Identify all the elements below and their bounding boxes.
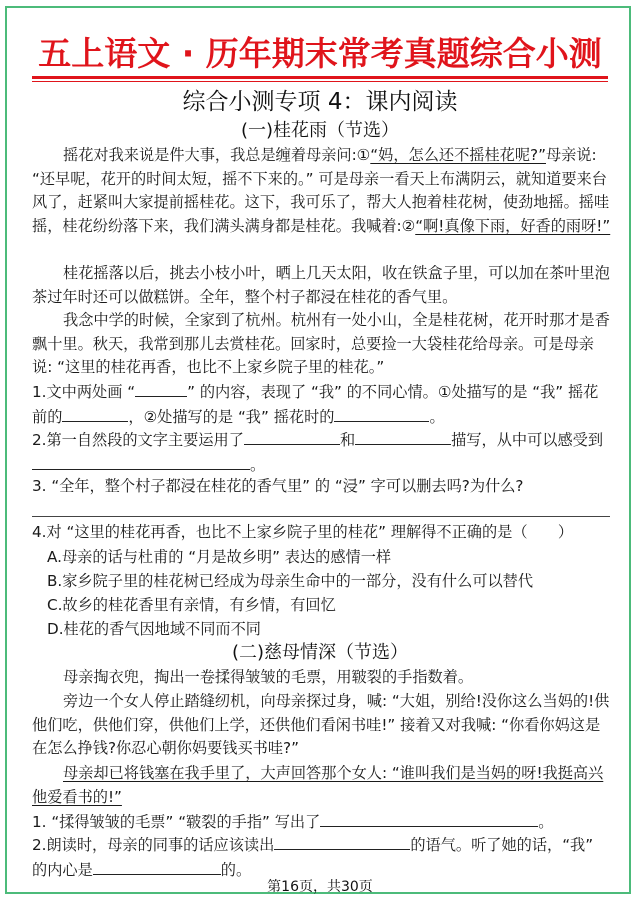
option-c[interactable]: C.故乡的桂花香里有亲情，有乡情，有回忆	[47, 593, 336, 617]
question-text: 1. “揉得皱皱的毛票” “皲裂的手指” 写出了	[32, 813, 320, 831]
question-text: 2.第一自然段的文字主要运用了	[32, 431, 244, 449]
answer-blank[interactable]	[274, 833, 410, 850]
answer-blank[interactable]	[244, 428, 340, 445]
option-a[interactable]: A.母亲的话与杜甫的 “月是故乡明” 表达的感情一样	[47, 545, 391, 569]
title-underline-thin	[32, 81, 608, 82]
answer-blank[interactable]	[32, 453, 250, 470]
question-text: 描写，从中可以感受到	[451, 431, 603, 449]
answer-blank[interactable]	[93, 858, 221, 875]
answer-blank[interactable]	[62, 405, 128, 422]
question-text: 。	[538, 813, 553, 831]
underlined-quote-3: 母亲却已将钱塞在我手里了，大声回答那个女人: “谁叫我们是当妈的呀!我挺高兴他爱…	[32, 764, 603, 806]
section1-title: (一)桂花雨（节选）	[0, 119, 640, 143]
question-4: 4.对 “这里的桂花再香，也比不上家乡院子里的桂花” 理解得不正确的是（ ）	[32, 521, 612, 545]
answer-blank[interactable]	[334, 405, 429, 422]
paragraph-text: 摇花对我来说是件大事，我总是缠着母亲问:①	[63, 146, 370, 164]
option-d[interactable]: D.桂花的香气因地域不同而不同	[47, 617, 261, 641]
answer-line[interactable]	[32, 516, 610, 517]
answer-blank[interactable]	[355, 428, 451, 445]
underlined-quote-2: “啊!真像下雨，好香的雨呀!”	[415, 217, 610, 235]
section1-paragraph-3: 我念中学的时候，全家到了杭州。杭州有一处小山，全是桂花树，花开时那才是香飘十里。…	[32, 309, 612, 380]
question-3: 3. “全年，整个村子都浸在桂花的香气里” 的 “浸” 字可以删去吗?为什么?	[32, 475, 612, 499]
page-title: 五上语文 · 历年期末常考真题综合小测	[30, 34, 610, 74]
answer-blank[interactable]	[135, 380, 187, 397]
question-1: 1.文中两处画 “” 的内容，表现了 “我” 的不同心情。①处描写的是 “我” …	[32, 380, 612, 429]
question-text: 。	[250, 456, 265, 474]
question-text: 2.朗读时，母亲的同事的话应该读出	[32, 836, 274, 854]
question-text: ，②处描写的是 “我” 摇花时的	[128, 408, 334, 426]
section2-paragraph-2: 旁边一个女人停止踏缝纫机，向母亲探过身，喊: “大姐，别给!没你这么当妈的!供他…	[32, 690, 612, 761]
answer-blank[interactable]	[320, 810, 538, 827]
section2-paragraph-1: 母亲掏衣兜，掏出一卷揉得皱皱的毛票，用皲裂的手指数着。	[32, 666, 612, 690]
question-text: 1.文中两处画 “	[32, 383, 135, 401]
option-b[interactable]: B.家乡院子里的桂花树已经成为母亲生命中的一部分，没有什么可以替代	[47, 569, 533, 593]
section1-paragraph-2: 桂花摇落以后，挑去小枝小叶，晒上几天太阳，收在铁盒子里，可以加在茶叶里泡茶过年时…	[32, 262, 612, 309]
section2-question-2: 2.朗读时，母亲的同事的话应该读出的语气。听了她的话，“我” 的内心是的。	[32, 833, 612, 882]
section2-paragraph-3: 母亲却已将钱塞在我手里了，大声回答那个女人: “谁叫我们是当妈的呀!我挺高兴他爱…	[32, 762, 612, 809]
title-underline	[32, 76, 608, 79]
question-2: 2.第一自然段的文字主要运用了和描写，从中可以感受到。	[32, 428, 612, 477]
page-subtitle: 综合小测专项 4：课内阅读	[0, 86, 640, 118]
underlined-quote-1: “妈，怎么还不摇桂花呢?”	[370, 146, 546, 164]
section2-title: (二)慈母情深（节选）	[0, 641, 640, 665]
section2-question-1: 1. “揉得皱皱的毛票” “皲裂的手指” 写出了。	[32, 810, 612, 835]
question-text: 和	[340, 431, 355, 449]
section1-paragraph-1: 摇花对我来说是件大事，我总是缠着母亲问:①“妈，怎么还不摇桂花呢?”母亲说: “…	[32, 144, 612, 238]
page-number: 第16页，共30页	[0, 876, 640, 896]
question-text: 。	[429, 408, 444, 426]
